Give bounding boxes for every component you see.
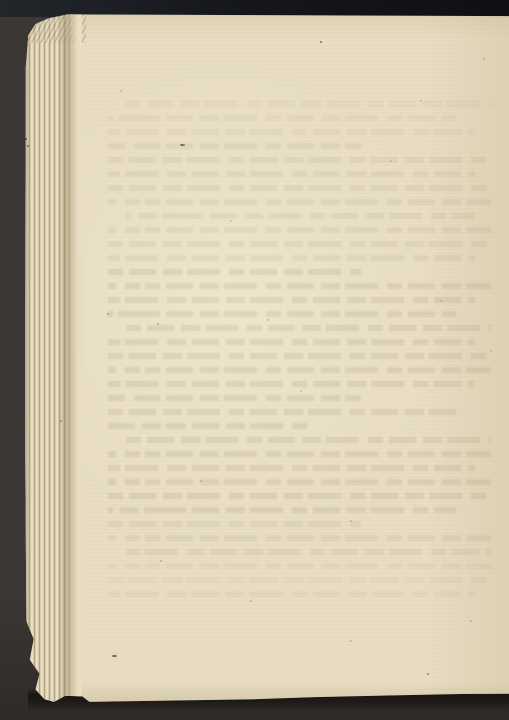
scanner-bed-background	[0, 0, 509, 720]
book-page	[24, 13, 509, 704]
paper-speckles	[24, 13, 509, 704]
